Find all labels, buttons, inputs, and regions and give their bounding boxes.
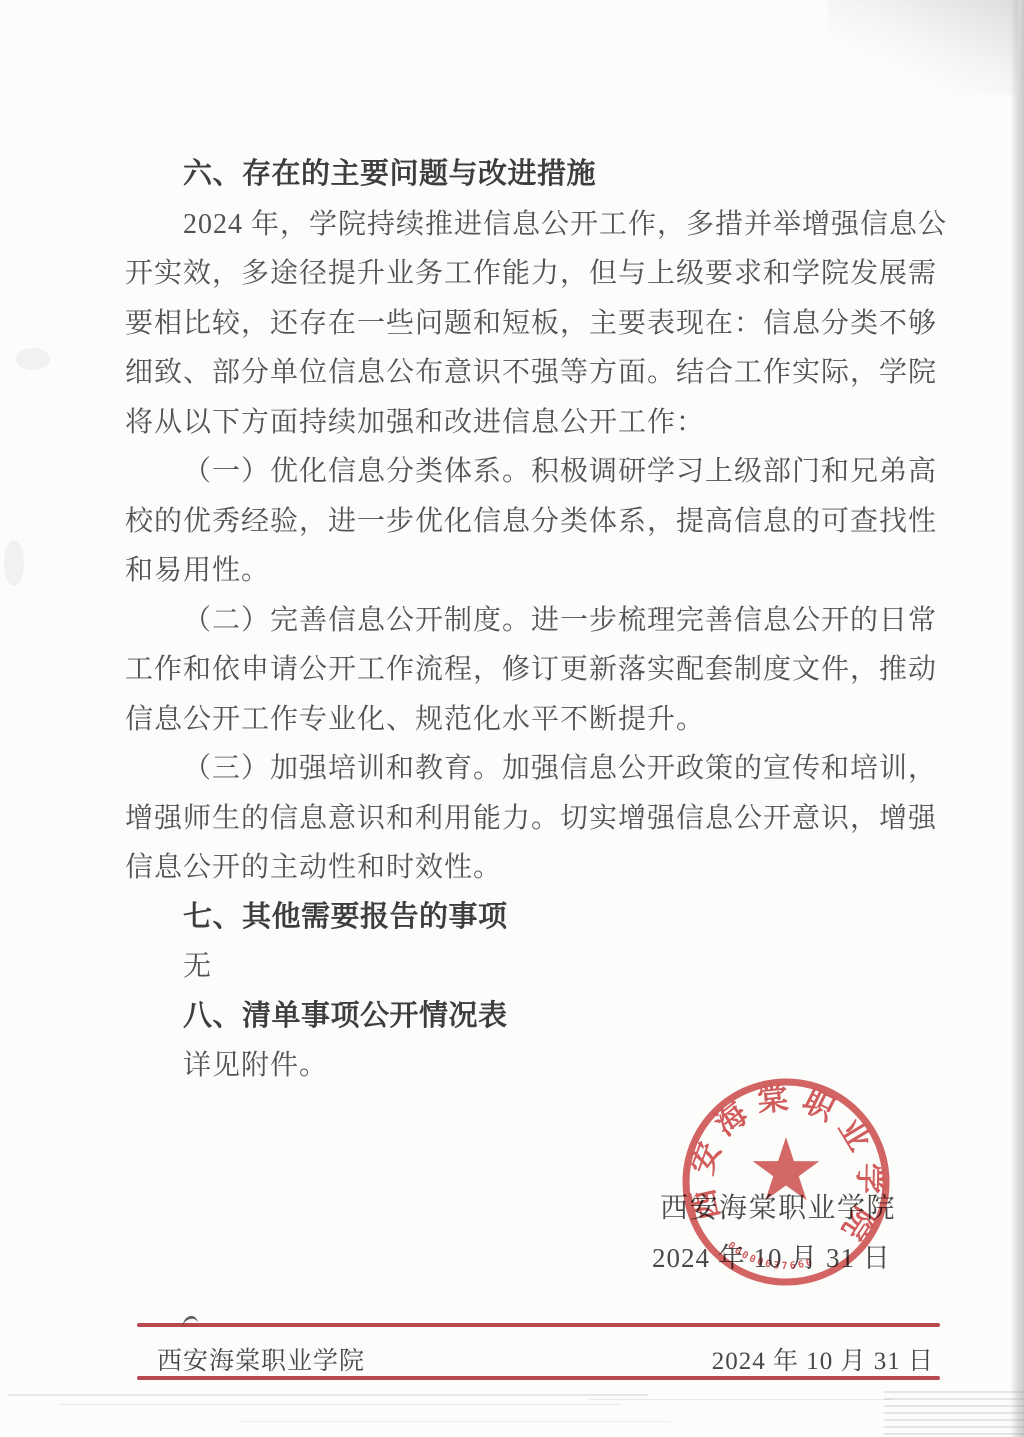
document-line: 要相比较，还存在一些问题和短板，主要表现在：信息分类不够 — [125, 299, 925, 349]
section-heading: 八、清单事项公开情况表 — [125, 992, 925, 1042]
document-line: 细致、部分单位信息公布意识不强等方面。结合工作实际，学院 — [125, 348, 925, 398]
document-body: 六、存在的主要问题与改进措施2024 年，学院持续推进信息公开工作，多措并举增强… — [125, 150, 925, 1091]
pen-mark — [181, 1315, 198, 1329]
document-line: 校的优秀经验，进一步优化信息分类体系，提高信息的可查找性 — [125, 497, 925, 547]
scan-edge-shade-right — [1010, 0, 1024, 1437]
footer-rule-bottom — [137, 1376, 940, 1380]
document-line: （二）完善信息公开制度。进一步梳理完善信息公开的日常 — [125, 596, 925, 646]
document-line: 工作和依申请公开工作流程，修订更新落实配套制度文件，推动 — [125, 645, 925, 695]
scan-streak — [60, 1404, 620, 1405]
scan-smudge — [16, 348, 50, 370]
scan-corner-shade — [828, 0, 1018, 95]
document-line: 开实效，多途径提升业务工作能力，但与上级要求和学院发展需 — [125, 249, 925, 299]
section-heading: 七、其他需要报告的事项 — [125, 893, 925, 943]
footer-rule-top — [137, 1323, 940, 1327]
document-line: 将从以下方面持续加强和改进信息公开工作： — [125, 398, 925, 448]
document-line: 信息公开工作专业化、规范化水平不断提升。 — [125, 695, 925, 745]
document-line: （三）加强培训和教育。加强信息公开政策的宣传和培训， — [125, 744, 925, 794]
scan-smudge — [4, 540, 24, 586]
footer: 西安海棠职业学院 2024 年 10 月 31 日 — [137, 1341, 940, 1377]
footer-organization: 西安海棠职业学院 — [157, 1341, 365, 1377]
scan-streak — [590, 1399, 890, 1400]
footer-date: 2024 年 10 月 31 日 — [712, 1341, 934, 1377]
document-line: 和易用性。 — [125, 546, 925, 596]
document-line: （一）优化信息分类体系。积极调研学习上级部门和兄弟高 — [125, 447, 925, 497]
document-line: 2024 年，学院持续推进信息公开工作，多措并举增强信息公 — [125, 200, 925, 250]
scan-streak — [240, 1421, 670, 1422]
official-seal: 西安海棠职业学院 00000037660 — [678, 1072, 894, 1288]
seal-star-icon — [753, 1137, 820, 1200]
scanned-document-page: 六、存在的主要问题与改进措施2024 年，学院持续推进信息公开工作，多措并举增强… — [0, 0, 1024, 1437]
scan-bottom-right-texture — [884, 1391, 1024, 1437]
section-heading: 六、存在的主要问题与改进措施 — [125, 150, 925, 200]
document-line: 增强师生的信息意识和利用能力。切实增强信息公开意识，增强 — [125, 794, 925, 844]
scan-streak — [8, 1394, 648, 1396]
document-line: 无 — [125, 942, 925, 992]
document-line: 信息公开的主动性和时效性。 — [125, 843, 925, 893]
